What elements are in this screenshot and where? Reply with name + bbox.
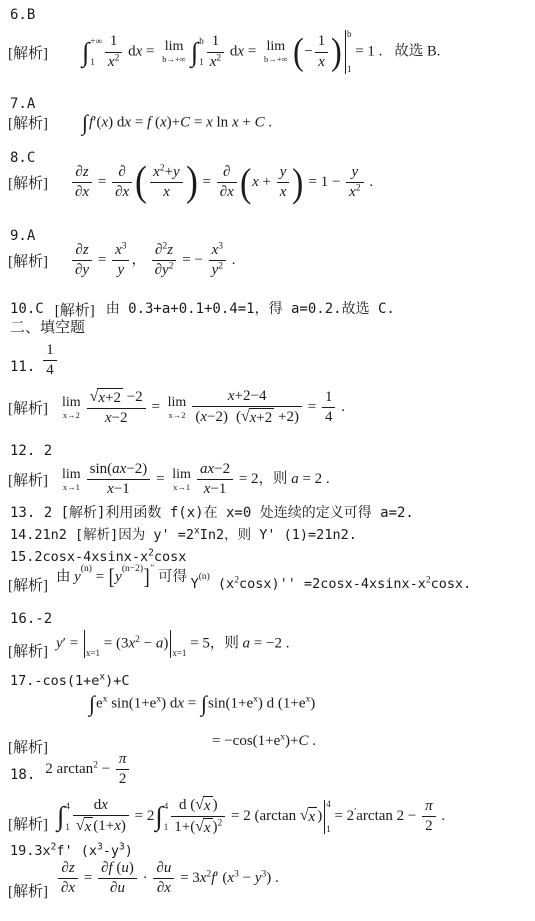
item-18-answer-formula: 2 arctan2 − π2 (45, 751, 131, 789)
item-11-analysis-row: [解析] limx→2√x+2 −2x−2 = limx→2x+2−4(x−2)… (8, 388, 345, 427)
item-11-answer-row: 11. 14 (10, 342, 59, 380)
item-18-formula: ∫41dx√x(1+x) = 2∫41d (√x)1+(√x)2 = 2 (ar… (56, 796, 445, 837)
analysis-label: [解析] (8, 880, 48, 901)
item-12-answer: 12. 2 (10, 443, 52, 461)
item-8-formula: ∂z∂x = ∂∂x(x2+yx) = ∂∂x(x + yx) = 1 − yx… (70, 164, 373, 202)
item-6-answer: 6.B (10, 7, 35, 25)
analysis-label: [解析] (8, 397, 48, 418)
section-heading-fill-in: 二、填空题 (10, 319, 85, 338)
item-18-answer-row: 18. 2 arctan2 − π2 (10, 751, 131, 789)
item-17-formula-line1: ∫ex sin(1+ex) dx = ∫sin(1+ex) d (1+ex) (88, 694, 315, 714)
solution-document-page: 6.B [解析] ∫+∞11x2 dx = limb→+∞∫b11x2 dx =… (0, 0, 535, 921)
item-15-analysis-row: [解析] 由 y(n) = [y(n−2)]″ 可得 Y(n) (x2cosx)… (8, 574, 471, 595)
item-18-analysis-row: [解析] ∫41dx√x(1+x) = 2∫41d (√x)1+(√x)2 = … (8, 796, 445, 837)
item-6-analysis-row: [解析] ∫+∞11x2 dx = limb→+∞∫b11x2 dx = lim… (8, 30, 440, 74)
item-14-line: 14.21n2 [解析]因为 y' =2xIn2，则 Y' (1)=21n2. (10, 527, 357, 545)
analysis-label: [解析] (8, 42, 48, 63)
analysis-label: [解析] (55, 299, 95, 320)
item-17-answer: 17.-cos(1+ex)+C (10, 673, 130, 691)
item-12-analysis-row: [解析] limx→1sin(ax−2)x−1 = limx→1ax−2x−1 … (8, 461, 330, 499)
analysis-label: [解析] (8, 813, 48, 834)
item-7-analysis-row: [解析] ∫f′(x) dx = f (x)+C = x ln x + C . (8, 112, 272, 133)
item-16-answer: 16.-2 (10, 611, 52, 629)
analysis-label: [解析] (8, 640, 48, 661)
item-19-analysis-row: [解析] ∂z∂x = ∂f (u)∂u · ∂u∂x = 3x2f′ (x3 … (8, 860, 279, 898)
item-8-analysis-row: [解析] ∂z∂x = ∂∂x(x2+yx) = ∂∂x(x + yx) = 1… (8, 164, 373, 202)
analysis-label: [解析] (8, 250, 48, 271)
item-6-formula: ∫+∞11x2 dx = limb→+∞∫b11x2 dx = limb→+∞(… (81, 30, 440, 74)
item-16-analysis-row: [解析] y′ = x=1 = (3x2 − a)x=1 = 5，则 a = −… (8, 630, 289, 658)
item-10-answer: 10.C (10, 301, 44, 319)
item-11-answer-fraction: 14 (41, 342, 59, 380)
analysis-label: [解析] (8, 172, 48, 193)
item-12-formula: limx→1sin(ax−2)x−1 = limx→1ax−2x−1 = 2，则… (58, 461, 330, 499)
item-7-formula: ∫f′(x) dx = f (x)+C = x ln x + C . (81, 113, 272, 133)
analysis-label: [解析] (8, 574, 48, 595)
item-15-answer: 15.2cosx-4xsinx-x2cosx (10, 549, 186, 567)
item-17-formula-line2: = −cos(1+ex)+C . (212, 732, 316, 751)
item-11-formula: limx→2√x+2 −2x−2 = limx→2x+2−4(x−2)(√x+2… (58, 388, 345, 427)
analysis-label: [解析] (8, 112, 48, 133)
item-7-answer: 7.A (10, 96, 35, 114)
item-13-line: 13. 2 [解析]利用函数 f(x)在 x=0 处连续的定义可得 a=2. (10, 505, 414, 523)
analysis-label: [解析] (8, 469, 48, 490)
item-15-formula: 由 y(n) = [y(n−2)]″ 可得 Y(n) (x2cosx)'' =2… (56, 575, 471, 594)
item-9-formula: ∂z∂y = x3y， ∂2z∂y2 = − x3y2 . (70, 242, 236, 280)
item-11-number: 11. (10, 359, 35, 380)
item-9-analysis-row: [解析] ∂z∂y = x3y， ∂2z∂y2 = − x3y2 . (8, 242, 236, 280)
item-10-line: 10.C [解析] 由 0.3+a+0.1+0.4=1，得 a=0.2.故选 C… (10, 299, 395, 320)
item-19-answer: 19.3x2f' (x3-y3) (10, 843, 133, 861)
item-18-number: 18. (10, 767, 35, 789)
item-19-formula: ∂z∂x = ∂f (u)∂u · ∂u∂x = 3x2f′ (x3 − y3)… (56, 860, 279, 898)
item-10-body: 由 0.3+a+0.1+0.4=1，得 a=0.2.故选 C. (106, 301, 395, 319)
item-16-formula: y′ = x=1 = (3x2 − a)x=1 = 5，则 a = −2 . (56, 630, 289, 658)
